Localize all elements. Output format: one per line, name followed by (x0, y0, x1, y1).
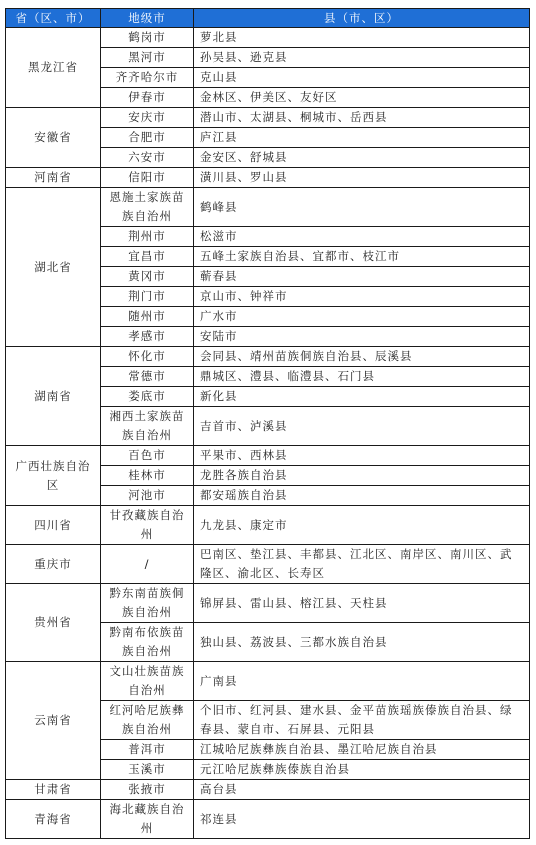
county-cell: 广水市 (194, 307, 530, 327)
city-cell: 荆门市 (101, 287, 194, 307)
city-cell: 普洱市 (101, 740, 194, 760)
county-cell: 五峰土家族自治县、宜都市、枝江市 (194, 247, 530, 267)
province-cell: 青海省 (6, 800, 101, 839)
county-cell: 平果市、西林县 (194, 446, 530, 466)
table-row: 河南省 信阳市 潢川县、罗山县 (6, 168, 530, 188)
county-cell: 萝北县 (194, 28, 530, 48)
province-cell: 甘肃省 (6, 780, 101, 800)
county-cell: 锦屏县、雷山县、榕江县、天柱县 (194, 584, 530, 623)
table-row: 青海省 海北藏族自治州 祁连县 (6, 800, 530, 839)
county-cell: 新化县 (194, 387, 530, 407)
city-cell: 黄冈市 (101, 267, 194, 287)
city-cell: 六安市 (101, 148, 194, 168)
province-cell: 河南省 (6, 168, 101, 188)
table-row: 黑龙江省 鹤岗市 萝北县 (6, 28, 530, 48)
city-cell: 孝感市 (101, 327, 194, 347)
city-cell: 伊春市 (101, 88, 194, 108)
city-cell: 常德市 (101, 367, 194, 387)
table-row: 湖北省 恩施土家族苗族自治州 鹤峰县 (6, 188, 530, 227)
province-cell: 湖北省 (6, 188, 101, 347)
table-row: 四川省 甘孜藏族自治州 九龙县、康定市 (6, 506, 530, 545)
province-cell: 云南省 (6, 662, 101, 780)
city-cell: 娄底市 (101, 387, 194, 407)
county-cell: 孙吴县、逊克县 (194, 48, 530, 68)
county-cell: 江城哈尼族彝族自治县、墨江哈尼族自治县 (194, 740, 530, 760)
county-cell: 金安区、舒城县 (194, 148, 530, 168)
county-cell: 高台县 (194, 780, 530, 800)
county-cell: 金林区、伊美区、友好区 (194, 88, 530, 108)
city-cell: 随州市 (101, 307, 194, 327)
county-cell: 克山县 (194, 68, 530, 88)
city-cell: 齐齐哈尔市 (101, 68, 194, 88)
province-cell: 安徽省 (6, 108, 101, 168)
table-row: 重庆市 / 巴南区、垫江县、丰都县、江北区、南岸区、南川区、武隆区、渝北区、长寿… (6, 545, 530, 584)
county-cell: 京山市、钟祥市 (194, 287, 530, 307)
county-cell: 庐江县 (194, 128, 530, 148)
city-cell: 河池市 (101, 486, 194, 506)
regions-table: 省（区、市） 地级市 县（市、区） 黑龙江省 鹤岗市 萝北县 黑河市 孙吴县、逊… (5, 8, 530, 839)
city-cell: 桂林市 (101, 466, 194, 486)
county-cell: 潜山市、太湖县、桐城市、岳西县 (194, 108, 530, 128)
city-cell: 信阳市 (101, 168, 194, 188)
city-cell: 黔东南苗族侗族自治州 (101, 584, 194, 623)
province-cell: 湖南省 (6, 347, 101, 446)
province-cell: 重庆市 (6, 545, 101, 584)
city-cell: 宜昌市 (101, 247, 194, 267)
province-cell: 黑龙江省 (6, 28, 101, 108)
table-row: 云南省 文山壮族苗族自治州 广南县 (6, 662, 530, 701)
county-cell: 鼎城区、澧县、临澧县、石门县 (194, 367, 530, 387)
table-row: 贵州省 黔东南苗族侗族自治州 锦屏县、雷山县、榕江县、天柱县 (6, 584, 530, 623)
city-cell: 百色市 (101, 446, 194, 466)
table-row: 湖南省 怀化市 会同县、靖州苗族侗族自治县、辰溪县 (6, 347, 530, 367)
city-cell: 甘孜藏族自治州 (101, 506, 194, 545)
city-cell: 玉溪市 (101, 760, 194, 780)
county-cell: 吉首市、泸溪县 (194, 407, 530, 446)
county-cell: 会同县、靖州苗族侗族自治县、辰溪县 (194, 347, 530, 367)
county-cell: 九龙县、康定市 (194, 506, 530, 545)
city-cell: 安庆市 (101, 108, 194, 128)
city-cell: 黔南布依族苗族自治州 (101, 623, 194, 662)
province-cell: 广西壮族自治区 (6, 446, 101, 506)
city-cell: 湘西土家族苗族自治州 (101, 407, 194, 446)
province-cell: 贵州省 (6, 584, 101, 662)
county-cell: 个旧市、红河县、建水县、金平苗族瑶族傣族自治县、绿春县、蒙自市、石屏县、元阳县 (194, 701, 530, 740)
table-row: 广西壮族自治区 百色市 平果市、西林县 (6, 446, 530, 466)
city-cell: 鹤岗市 (101, 28, 194, 48)
county-cell: 广南县 (194, 662, 530, 701)
city-cell: 黑河市 (101, 48, 194, 68)
city-cell: 文山壮族苗族自治州 (101, 662, 194, 701)
city-cell: / (101, 545, 194, 584)
header-row: 省（区、市） 地级市 县（市、区） (6, 9, 530, 28)
city-cell: 红河哈尼族彝族自治州 (101, 701, 194, 740)
county-cell: 独山县、荔波县、三都水族自治县 (194, 623, 530, 662)
city-cell: 张掖市 (101, 780, 194, 800)
county-cell: 龙胜各族自治县 (194, 466, 530, 486)
county-cell: 蕲春县 (194, 267, 530, 287)
county-cell: 松滋市 (194, 227, 530, 247)
table-row: 甘肃省 张掖市 高台县 (6, 780, 530, 800)
city-cell: 合肥市 (101, 128, 194, 148)
province-cell: 四川省 (6, 506, 101, 545)
city-cell: 荆州市 (101, 227, 194, 247)
header-city: 地级市 (101, 9, 194, 28)
city-cell: 怀化市 (101, 347, 194, 367)
county-cell: 潢川县、罗山县 (194, 168, 530, 188)
county-cell: 祁连县 (194, 800, 530, 839)
county-cell: 安陆市 (194, 327, 530, 347)
city-cell: 海北藏族自治州 (101, 800, 194, 839)
county-cell: 都安瑶族自治县 (194, 486, 530, 506)
county-cell: 元江哈尼族彝族傣族自治县 (194, 760, 530, 780)
city-cell: 恩施土家族苗族自治州 (101, 188, 194, 227)
header-county: 县（市、区） (194, 9, 530, 28)
county-cell: 巴南区、垫江县、丰都县、江北区、南岸区、南川区、武隆区、渝北区、长寿区 (194, 545, 530, 584)
county-cell: 鹤峰县 (194, 188, 530, 227)
header-province: 省（区、市） (6, 9, 101, 28)
table-row: 安徽省 安庆市 潜山市、太湖县、桐城市、岳西县 (6, 108, 530, 128)
